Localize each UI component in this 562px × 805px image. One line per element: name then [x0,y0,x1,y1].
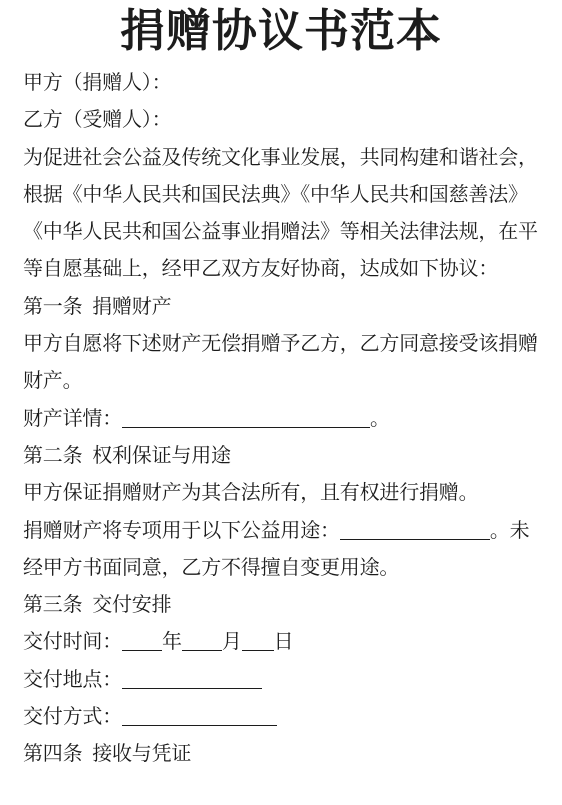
article-1-line-1: 甲方自愿将下述财产无偿捐赠予乙方，乙方同意接受该捐赠 [23,326,544,363]
fill-in-blank[interactable] [122,709,277,726]
article-2-line-1: 甲方保证捐赠财产为其合法所有，且有权进行捐赠。 [23,475,544,512]
text-segment: 等自愿基础上，经甲乙双方友好协商，达成如下协议： [23,258,498,280]
party-a-line: 甲方（捐赠人）： [23,65,544,102]
preamble-line-1: 为促进社会公益及传统文化事业发展，共同构建和谐社会， [23,140,544,177]
party-b-line: 乙方（受赠人）： [23,102,544,139]
text-segment: 《中华人民共和国公益事业捐赠法》等相关法律法规，在平 [23,221,538,243]
fill-in-blank[interactable] [340,523,490,540]
text-segment: 根据《中华人民共和国民法典》《中华人民共和国慈善法》 [23,184,528,206]
text-segment: 月 [222,631,242,653]
text-segment: 捐赠财产将专项用于以下公益用途： [23,520,340,542]
text-segment: 经甲方书面同意，乙方不得擅自变更用途。 [23,557,399,579]
text-segment: 财产详情： [23,408,122,430]
fill-in-blank[interactable] [242,634,274,651]
text-segment: 第一条 捐赠财产 [23,296,171,318]
article-2-line-3: 经甲方书面同意，乙方不得擅自变更用途。 [23,550,544,587]
text-segment: 年 [162,631,182,653]
preamble-line-3: 《中华人民共和国公益事业捐赠法》等相关法律法规，在平 [23,214,544,251]
delivery-time-line: 交付时间：年月日 [23,624,544,661]
text-segment: 财产。 [23,370,82,392]
article-2-heading: 第二条 权利保证与用途 [23,438,544,475]
text-segment: 甲方（捐赠人）： [23,72,171,94]
text-segment: 第四条 接收与凭证 [23,743,191,765]
article-3-heading: 第三条 交付安排 [23,587,544,624]
article-1-heading: 第一条 捐赠财产 [23,289,544,326]
text-segment: 乙方（受赠人）： [23,109,171,131]
fill-in-blank[interactable] [122,411,370,428]
fill-in-blank[interactable] [122,672,262,689]
text-segment: 。 [370,408,390,430]
fill-in-blank[interactable] [182,634,222,651]
text-segment: 。未 [490,520,530,542]
preamble-line-4: 等自愿基础上，经甲乙双方友好协商，达成如下协议： [23,251,544,288]
delivery-place-line: 交付地点： [23,662,544,699]
text-segment: 第三条 交付安排 [23,594,171,616]
text-segment: 交付方式： [23,706,122,728]
text-segment: 交付地点： [23,669,122,691]
text-segment: 甲方保证捐赠财产为其合法所有，且有权进行捐赠。 [23,482,478,504]
text-segment: 为促进社会公益及传统文化事业发展，共同构建和谐社会， [23,147,538,169]
property-detail-line: 财产详情：。 [23,401,544,438]
text-segment: 甲方自愿将下述财产无偿捐赠予乙方，乙方同意接受该捐赠 [23,333,538,355]
article-2-line-2: 捐赠财产将专项用于以下公益用途：。未 [23,513,544,550]
article-4-heading: 第四条 接收与凭证 [23,736,544,773]
article-1-line-2: 财产。 [23,363,544,400]
document-page: 捐赠协议书范本 甲方（捐赠人）：乙方（受赠人）：为促进社会公益及传统文化事业发展… [0,0,562,805]
document-title: 捐赠协议书范本 [0,0,562,65]
text-segment: 第二条 权利保证与用途 [23,445,231,467]
text-segment: 日 [274,631,294,653]
text-segment: 交付时间： [23,631,122,653]
fill-in-blank[interactable] [122,634,162,651]
document-body: 甲方（捐赠人）：乙方（受赠人）：为促进社会公益及传统文化事业发展，共同构建和谐社… [0,65,562,774]
preamble-line-2: 根据《中华人民共和国民法典》《中华人民共和国慈善法》 [23,177,544,214]
delivery-method-line: 交付方式： [23,699,544,736]
